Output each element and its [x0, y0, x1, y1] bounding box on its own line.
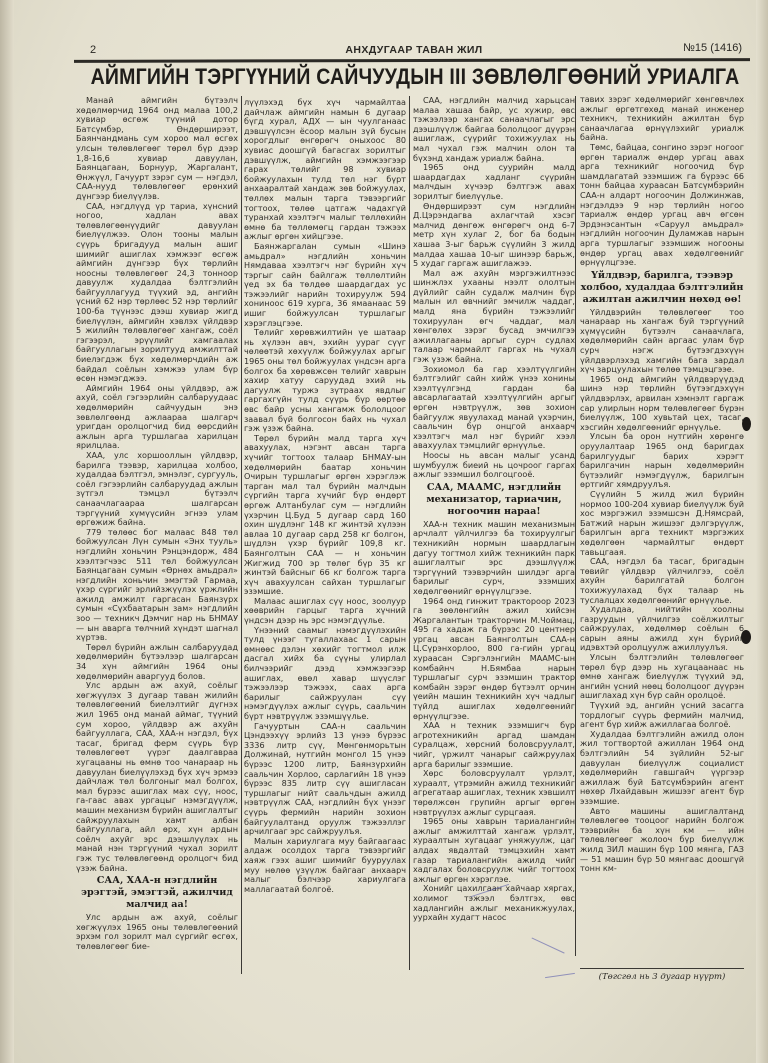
masthead-rule — [74, 58, 750, 63]
article-paragraph: ХАА, улс хоршооллын үйлдвэр, барилга тээ… — [76, 451, 238, 528]
article-paragraph: Улс ардын аж ахуй, соёлыг хөгжүүлэх 1965… — [76, 913, 238, 951]
article-paragraph: Улсын бэлтгэлийн төлөвлөгөөг төрөл бүр д… — [580, 653, 744, 701]
page-edge-left — [0, 0, 14, 1063]
newspaper-page: 2 АНХДУГААР ТАВАН ЖИЛ №15 (1416) АЙМГИЙН… — [0, 0, 768, 1063]
article-paragraph: Өндөрширээт сум нэгдлийн Д.Цэрэндагва ах… — [413, 202, 575, 269]
article-paragraph: Улс ардын аж ахуй, соёлыг хөгжүүлэх 3 ду… — [76, 681, 238, 873]
article-paragraph: Мал аж ахуйн мэргэжилтнээс шинжлэх ухаан… — [413, 269, 575, 365]
continued-note: (Төгсгөл нь 3 дугаар нүүрт) — [580, 968, 744, 982]
page-edge-right — [756, 0, 768, 1063]
article-paragraph: Манай аймгийн бүтээлч хөдөлмөрчид 1964 о… — [76, 96, 238, 202]
article-column-2: лүүлэхэд бүх хүч чармайлтаа дайчлаж аймг… — [244, 98, 406, 894]
section-subheading: САА, МААМС, нэгдлийн механизатор, тариач… — [413, 482, 575, 518]
article-paragraph: САА, нэгдлүүд үр тариа, хүнсний ногоо, х… — [76, 202, 238, 384]
article-headline: АЙМГИЙН ТЭРГҮҮНИЙ САЙЧУУДЫН III ЗӨВЛӨЛГӨ… — [70, 64, 760, 90]
article-paragraph: Зохиомол ба гар хээлтүүлгийн бэлтгэлийг … — [413, 365, 575, 451]
article-paragraph: Худалдаа, нийтийн хоолны газруудын үйлчи… — [580, 605, 744, 653]
newspaper-name: АНХДУГААР ТАВАН ЖИЛ — [74, 44, 754, 56]
article-paragraph: Малаас ашиглах сүү ноос, зоолуур хөөврий… — [244, 597, 406, 626]
paper-hole-mark — [741, 630, 751, 644]
article-paragraph: Ноосы нь авсан малыг усанд шумбуулж биеи… — [413, 451, 575, 480]
article-paragraph: Сүүлийн 5 жилд жил бүрийн нормоо 100-204… — [580, 490, 744, 557]
article-column-1: Манай аймгийн бүтээлч хөдөлмөрчид 1964 о… — [76, 96, 238, 951]
article-paragraph: Төрөл бүрийн малд тарга хүч авахуулах, н… — [244, 434, 406, 597]
article-paragraph: 779 төлөөс бог малаас 848 төл бойжуулсан… — [76, 528, 238, 643]
article-paragraph: Хөрс боловсруулалт үрлэлт, хураалт, үтрэ… — [413, 769, 575, 817]
article-paragraph: Түүхий эд, ангийн үсний засагга тордлогы… — [580, 701, 744, 730]
article-paragraph: САА, нэгдлийн малчид харьцсан малаа хаша… — [413, 96, 575, 163]
issue-number: №15 (1416) — [683, 42, 742, 54]
article-paragraph: 1965 оны хаврын тариалангийн ажлыг амжил… — [413, 817, 575, 884]
page-masthead: 2 АНХДУГААР ТАВАН ЖИЛ №15 (1416) — [74, 40, 754, 58]
section-subheading: Үйлдвэр, барилга, тээвэр холбоо, худалда… — [580, 270, 744, 306]
paper-hole-mark — [742, 417, 751, 431]
article-paragraph: Үнээний саамыг нэмэгдүүлэхийн тулд үнээг… — [244, 626, 406, 722]
article-column-3: САА, нэгдлийн малчид харьцсан малаа хаша… — [413, 96, 575, 923]
article-paragraph: САА, нэгдэл ба тасаг, бригадын төвийг үй… — [580, 557, 744, 605]
article-paragraph: 1965 онд аймгийн үйлдвэрүүдэд шинэ нэр т… — [580, 375, 744, 433]
article-paragraph: Авто машины ашиглалтанд төлөвлөгөө тооцо… — [580, 807, 744, 874]
pen-mark — [531, 937, 564, 953]
column-divider — [409, 96, 410, 970]
article-paragraph: ХАА-н техник машин механизмын арчлалт үй… — [413, 520, 575, 597]
pen-mark — [545, 973, 575, 979]
article-paragraph: Малын хариулгага муу байгаагаас алдаж ос… — [244, 837, 406, 895]
article-paragraph: Төмс, байцаа, сонгино зэрэг ногоог өргөн… — [580, 143, 744, 268]
article-paragraph: ХАА н техник эзэмшигч бүр агротехникийн … — [413, 721, 575, 769]
column-divider — [241, 96, 242, 974]
article-paragraph: 1964 онд гинжит трактороор 2023 га зөөлө… — [413, 597, 575, 722]
article-paragraph: Төлийг хөрөвжилтийн үе шатаар нь хүлээн … — [244, 328, 406, 434]
article-paragraph: 1965 онд суурийн малд шаардагдах хадланг… — [413, 163, 575, 201]
article-paragraph: Төрөл бүрийн ажлын салбаруудад хөдөлмөри… — [76, 643, 238, 681]
column-divider — [575, 96, 576, 956]
article-paragraph: Аймгийн 1964 оны үйлдвэр, аж ахуй, соёл … — [76, 384, 238, 451]
article-paragraph: Гачууртын САА-н саальчин Цэндээхүү эрлий… — [244, 722, 406, 837]
section-subheading: САА, ХАА-н нэгдлийн эрэгтэй, эмэгтэй, аж… — [76, 875, 238, 911]
article-paragraph: Баянжаргалан сумын «Шинэ амьдрал» нэгдли… — [244, 242, 406, 328]
article-column-4: тавих зэрэг хөдөлмөрийг хөнгөвчлөх ажлыг… — [580, 95, 744, 874]
article-paragraph: Үйлдвэрийн төлөвлөгөөг тоо чанараар нь х… — [580, 308, 744, 375]
article-paragraph: тавих зэрэг хөдөлмөрийг хөнгөвчлөх ажлыг… — [580, 95, 744, 143]
article-paragraph: лүүлэхэд бүх хүч чармайлтаа дайчлаж аймг… — [244, 98, 406, 242]
article-paragraph: Улсын ба орон нутгийн хөрөнгө оруулалтаа… — [580, 432, 744, 490]
article-paragraph: Худалдаа бэлтгэлийн ажилд олон жил тогтв… — [580, 730, 744, 807]
